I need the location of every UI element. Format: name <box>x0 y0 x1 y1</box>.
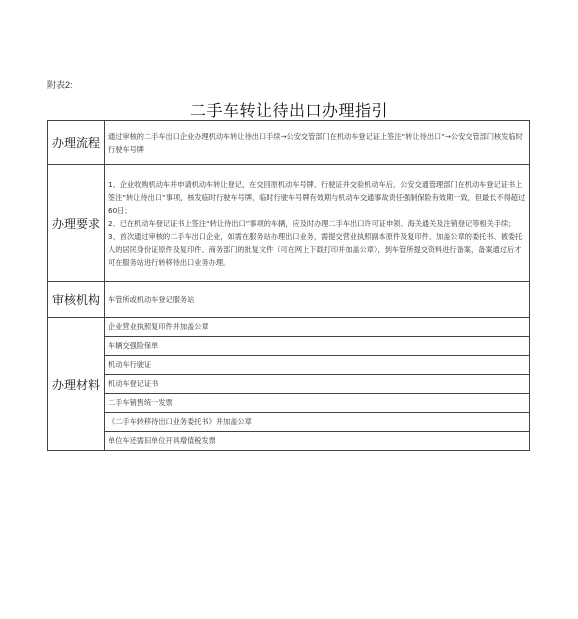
label-materials: 办理材料 <box>48 318 105 451</box>
requirement-item: 1、企业收购机动车并申请机动车转让登记，在交回原机动车号牌、行驶证并交验机动车后… <box>108 178 526 217</box>
annex-label: 附表2: <box>47 78 73 91</box>
requirement-item: 3、首次通过审核的二手车出口企业，如需在服务站办理出口业务，需提交营业执照副本原… <box>108 230 526 269</box>
row-requirements: 办理要求 1、企业收购机动车并申请机动车转让登记，在交回原机动车号牌、行驶证并交… <box>48 165 530 282</box>
requirement-item: 2、已在机动车登记证书上签注“转让待出口”事项的车辆，应及时办理二手车出口许可证… <box>108 217 526 230</box>
material-item: 机动车行驶证 <box>105 356 530 375</box>
material-item: 二手车销售统一发票 <box>105 394 530 413</box>
material-item: 《二手车转移待出口业务委托书》并加盖公章 <box>105 413 530 432</box>
row-materials: 机动车登记证书 <box>48 375 530 394</box>
requirements-text: 1、企业收购机动车并申请机动车转让登记，在交回原机动车号牌、行驶证并交验机动车后… <box>105 165 530 282</box>
row-authority: 审核机构 车管所或机动车登记服务站 <box>48 282 530 318</box>
material-item: 机动车登记证书 <box>105 375 530 394</box>
guide-table: 办理流程 通过审核的二手车出口企业办理机动车转让待出口手续→公安交管部门在机动车… <box>47 120 530 451</box>
label-authority: 审核机构 <box>48 282 105 318</box>
row-materials: 车辆交强险保单 <box>48 337 530 356</box>
label-process-flow: 办理流程 <box>48 121 105 165</box>
row-materials: 二手车销售统一发票 <box>48 394 530 413</box>
document-title: 二手车转让待出口办理指引 <box>0 98 578 121</box>
row-materials: 单位车还需旧单位开具增值税发票 <box>48 432 530 451</box>
authority-text: 车管所或机动车登记服务站 <box>105 282 530 318</box>
material-item: 单位车还需旧单位开具增值税发票 <box>105 432 530 451</box>
material-item: 企业营业执照复印件并加盖公章 <box>105 318 530 337</box>
row-materials: 机动车行驶证 <box>48 356 530 375</box>
row-process-flow: 办理流程 通过审核的二手车出口企业办理机动车转让待出口手续→公安交管部门在机动车… <box>48 121 530 165</box>
row-materials: 《二手车转移待出口业务委托书》并加盖公章 <box>48 413 530 432</box>
row-materials: 办理材料 企业营业执照复印件并加盖公章 <box>48 318 530 337</box>
label-requirements: 办理要求 <box>48 165 105 282</box>
material-item: 车辆交强险保单 <box>105 337 530 356</box>
process-flow-text: 通过审核的二手车出口企业办理机动车转让待出口手续→公安交管部门在机动车登记证上签… <box>105 121 530 165</box>
